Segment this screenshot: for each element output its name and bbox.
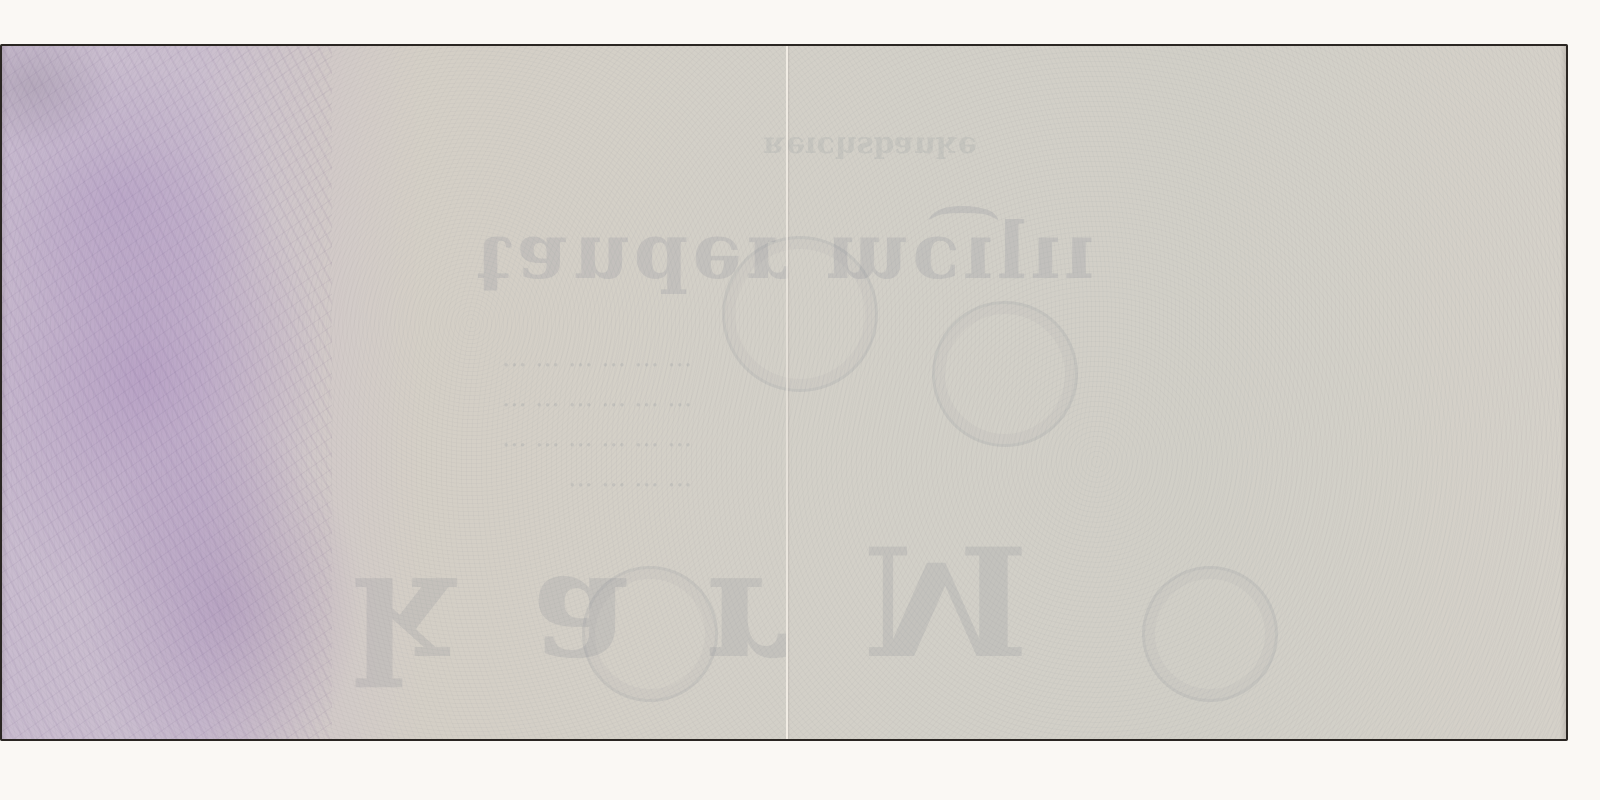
edge-shading [2,46,1566,739]
banknote-back: ǝʞuɐqsɥɔıǝᴚ ıılı͡ɔɯ ɹǝpuɐʇ ··· ··· ··· ·… [0,44,1568,741]
